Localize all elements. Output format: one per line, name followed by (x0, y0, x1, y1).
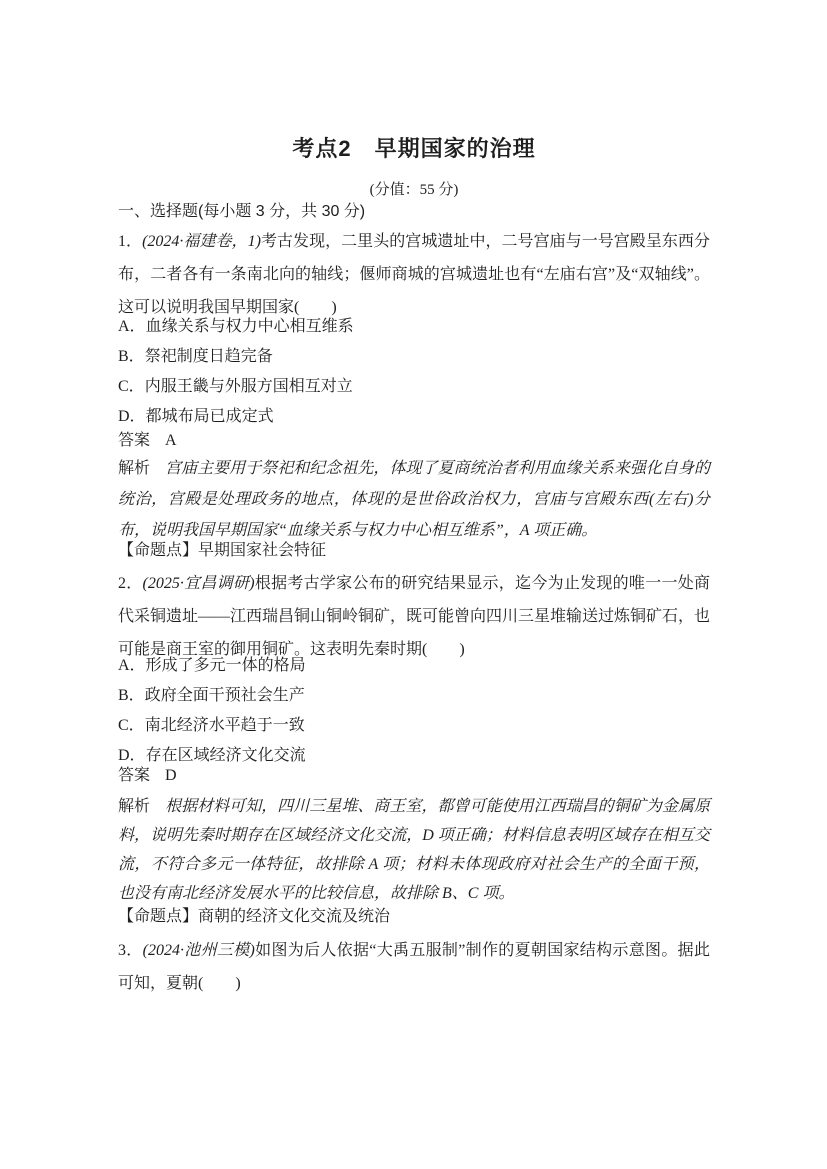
question-1-option-b: B．祭祀制度日趋完备 (118, 342, 710, 372)
question-2-source: (2025·宜昌调研) (143, 575, 255, 592)
question-2-number: 2． (118, 575, 143, 592)
option-label: A． (118, 318, 146, 335)
point-text: 早期国家社会特征 (198, 542, 326, 559)
option-label: B． (118, 348, 145, 365)
question-1-point-line: 【命题点】早期国家社会特征 (118, 540, 710, 562)
option-text: 祭祀制度日趋完备 (145, 348, 273, 365)
answer-label: 答案 (118, 432, 150, 449)
analysis-label: 解析 (118, 798, 150, 815)
question-1-answer-line: 答案A (118, 430, 710, 452)
question-1-option-c: C．内服王畿与外服方国相互对立 (118, 372, 710, 402)
question-1-source: (2024·福建卷，1) (142, 233, 261, 250)
option-text: 南北经济水平趋于一致 (145, 717, 305, 734)
answer-label: 答案 (118, 767, 150, 784)
question-1-number: 1． (118, 233, 142, 250)
worksheet-page: 考点2 早期国家的治理 (分值：55 分) 一、选择题(每小题 3 分，共 30… (0, 0, 827, 1169)
question-2-analysis: 解析根据材料可知，四川三星堆、商王室，都曾可能使用江西瑞昌的铜矿为金属原料，说明… (118, 792, 710, 908)
question-2-option-b: B．政府全面干预社会生产 (118, 681, 710, 711)
question-3-source: (2024·池州三模) (143, 942, 255, 959)
question-2-options: A．形成了多元一体的格局 B．政府全面干预社会生产 C．南北经济水平趋于一致 D… (118, 651, 710, 771)
answer-value: D (165, 767, 177, 784)
option-label: B． (118, 687, 145, 704)
option-text: 形成了多元一体的格局 (146, 657, 306, 674)
question-1-options: A．血缘关系与权力中心相互维系 B．祭祀制度日趋完备 C．内服王畿与外服方国相互… (118, 312, 710, 432)
question-2-answer-line: 答案D (118, 765, 710, 787)
question-2-point-line: 【命题点】商朝的经济文化交流及统治 (118, 906, 710, 928)
question-3-stem: 3．(2024·池州三模)如图为后人依据“大禹五服制”制作的夏朝国家结构示意图。… (118, 934, 710, 1000)
question-1-option-a: A．血缘关系与权力中心相互维系 (118, 312, 710, 342)
point-label: 【命题点】 (118, 542, 198, 559)
analysis-text: 宫庙主要用于祭祀和纪念祖先，体现了夏商统治者利用血缘关系来强化自身的统治，宫殿是… (118, 460, 710, 539)
point-text: 商朝的经济文化交流及统治 (198, 908, 390, 925)
option-label: D． (118, 747, 146, 764)
option-text: 血缘关系与权力中心相互维系 (146, 318, 354, 335)
option-text: 政府全面干预社会生产 (145, 687, 305, 704)
answer-value: A (165, 432, 177, 449)
option-text: 存在区域经济文化交流 (146, 747, 306, 764)
option-label: D． (118, 408, 146, 425)
option-text: 都城布局已成定式 (146, 408, 274, 425)
option-text: 内服王畿与外服方国相互对立 (145, 378, 353, 395)
question-3-number: 3． (118, 942, 143, 959)
option-label: A． (118, 657, 146, 674)
question-2-option-a: A．形成了多元一体的格局 (118, 651, 710, 681)
option-label: C． (118, 378, 145, 395)
analysis-text: 根据材料可知，四川三星堆、商王室，都曾可能使用江西瑞昌的铜矿为金属原料，说明先秦… (118, 798, 710, 902)
point-label: 【命题点】 (118, 908, 198, 925)
page-title: 考点2 早期国家的治理 (118, 133, 710, 165)
analysis-label: 解析 (118, 460, 150, 477)
question-1-option-d: D．都城布局已成定式 (118, 402, 710, 432)
section-heading: 一、选择题(每小题 3 分，共 30 分) (118, 201, 710, 223)
question-1-analysis: 解析宫庙主要用于祭祀和纪念祖先，体现了夏商统治者利用血缘关系来强化自身的统治，宫… (118, 453, 710, 546)
option-label: C． (118, 717, 145, 734)
question-2-option-c: C．南北经济水平趋于一致 (118, 711, 710, 741)
question-1-stem: 1．(2024·福建卷，1)考古发现，二里头的宫城遗址中，二号宫庙与一号宫殿呈东… (118, 225, 710, 324)
score-note: (分值：55 分) (118, 180, 710, 200)
